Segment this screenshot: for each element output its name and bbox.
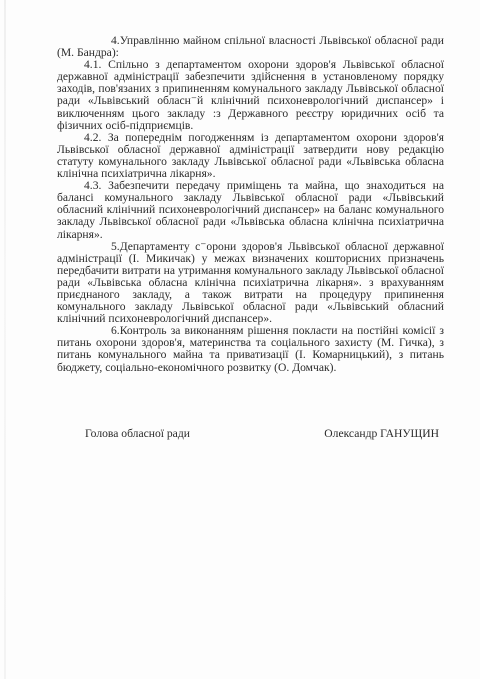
- scan-edge-shadow: [4, 0, 6, 679]
- paragraph-text: Департаменту с⁻орони здоров'я Львівської…: [57, 240, 444, 326]
- paragraph-4-3: 4.3. Забезпечити передачу приміщень та м…: [57, 180, 444, 240]
- paragraph-4-1: 4.1. Спільно з департаментом охорони здо…: [57, 59, 444, 132]
- paragraph-5: 5.Департаменту с⁻орони здоров'я Львівськ…: [57, 241, 444, 326]
- signatory-name: Олександр ГАНУЩИН: [324, 427, 445, 440]
- paragraph-6: 6.Контроль за виконанням рішення покласт…: [57, 325, 444, 373]
- paragraph-text: 4.3. Забезпечити передачу приміщень та м…: [57, 179, 444, 240]
- paragraph-4: 4.Управлінню майном спільної власності Л…: [57, 35, 444, 59]
- paragraph-text: 4.1. Спільно з департаментом охорони здо…: [57, 58, 444, 131]
- signature-block: Голова обласної ради Олександр ГАНУЩИН: [85, 427, 445, 440]
- signatory-title: Голова обласної ради: [85, 427, 190, 440]
- paragraph-text: 4.2. За попереднім погодженням із департ…: [57, 131, 444, 180]
- paragraph-4-2: 4.2. За попереднім погодженням із департ…: [57, 132, 444, 180]
- document-body: 4.Управлінню майном спільної власності Л…: [57, 35, 444, 374]
